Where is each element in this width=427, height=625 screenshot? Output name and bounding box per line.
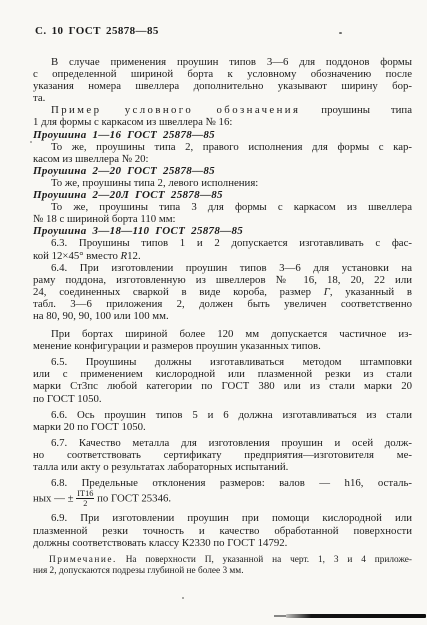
text-line: менение конфигурации и размеров проушин … bbox=[33, 340, 412, 352]
text-line: № 18 с шириной борта 110 мм: bbox=[33, 213, 412, 225]
text-line: Проушина 2—20 ГОСТ 25878—85 bbox=[33, 165, 412, 177]
paragraph: То же, проушины типа 2, левого исполнени… bbox=[33, 177, 412, 189]
scan-speck bbox=[30, 141, 32, 143]
text-line: То же, проушины типа 2, правого исполнен… bbox=[33, 141, 412, 153]
text-line: 1 для формы с каркасом из швеллера № 16: bbox=[33, 116, 412, 128]
text-line: 6.9. При изготовлении проушин при помощи… bbox=[33, 512, 412, 524]
text-line: касом из швеллера № 20: bbox=[33, 153, 412, 165]
text-line: по ГОСТ 1050. bbox=[33, 393, 412, 405]
text-line: 6.3. Проушины типов 1 и 2 допускается из… bbox=[33, 237, 412, 249]
content: В случае применения проушин типов 3—6 дл… bbox=[33, 56, 412, 577]
text-line: марки Ст3пс любой категории по ГОСТ 380 … bbox=[33, 380, 412, 392]
text-line: ния 2, допускаются подрезы глубиной не б… bbox=[33, 566, 412, 577]
designation-line: Проушина 2—20 ГОСТ 25878—85 bbox=[33, 165, 412, 177]
paragraph: 6.8. Предельные отклонения размеров: вал… bbox=[33, 477, 412, 508]
paragraph: То же, проушины типа 2, правого исполнен… bbox=[33, 141, 412, 165]
text-line: но соответствовать сертификату предприят… bbox=[33, 449, 412, 461]
scan-artifact-bar bbox=[286, 614, 426, 618]
text-line: В случае применения проушин типов 3—6 дл… bbox=[33, 56, 412, 68]
text-line: марки 20 по ГОСТ 1050. bbox=[33, 421, 412, 433]
text-line: 6.6. Ось проушин типов 5 и 6 должна изго… bbox=[33, 409, 412, 421]
page-header: С. 10 ГОСТ 25878—85 bbox=[35, 25, 159, 37]
paragraph: При бортах шириной более 120 мм допускае… bbox=[33, 328, 412, 352]
text-line: или с применением кислородной или плазме… bbox=[33, 368, 412, 380]
text-line: 6.8. Предельные отклонения размеров: вал… bbox=[33, 477, 412, 489]
scanned-document-page: С. 10 ГОСТ 25878—85 В случае применения … bbox=[0, 0, 427, 625]
text-line: раму поддона, изготовленную из швеллеров… bbox=[33, 274, 412, 286]
designation-line: Проушина 3—18—110 ГОСТ 25878—85 bbox=[33, 225, 412, 237]
text-line: То же, проушины типа 2, левого исполнени… bbox=[33, 177, 412, 189]
text-line: табл. 3—6 приложения 2, должен быть увел… bbox=[33, 298, 412, 310]
paragraph: 6.6. Ось проушин типов 5 и 6 должна изго… bbox=[33, 409, 412, 433]
text-line: Проушина 3—18—110 ГОСТ 25878—85 bbox=[33, 225, 412, 237]
designation-line: Проушина 2—20Л ГОСТ 25878—85 bbox=[33, 189, 412, 201]
text-line: должны соответствовать классу К2330 по Г… bbox=[33, 537, 412, 549]
note-paragraph: Примечание. На поверхности П, указанной … bbox=[33, 555, 412, 578]
scan-speck bbox=[182, 597, 184, 599]
text-line: 6.7. Качество металла для изготовления п… bbox=[33, 437, 412, 449]
text-line: 6.4. При изготовлении проушин типов 3—6 … bbox=[33, 262, 412, 274]
paragraph: 6.9. При изготовлении проушин при помощи… bbox=[33, 512, 412, 548]
text-line: При бортах шириной более 120 мм допускае… bbox=[33, 328, 412, 340]
paragraph: Пример условного обозначения проушины ти… bbox=[33, 104, 412, 128]
text-line: 24, соединенных сваркой в виде короба, р… bbox=[33, 286, 412, 298]
paragraph: 6.3. Проушины типов 1 и 2 допускается из… bbox=[33, 237, 412, 261]
scan-speck bbox=[339, 32, 342, 34]
text-line: Пример условного обозначения проушины ти… bbox=[33, 104, 412, 116]
designation-line: Проушина 1—16 ГОСТ 25878—85 bbox=[33, 129, 412, 141]
text-line: Проушина 2—20Л ГОСТ 25878—85 bbox=[33, 189, 412, 201]
text-line: кой 12×45° вместо R12. bbox=[33, 250, 412, 262]
text-line: ных — ± IT162 по ГОСТ 25346. bbox=[33, 489, 412, 508]
text-line: с определенной шириной борта к условному… bbox=[33, 68, 412, 80]
text-line: Примечание. На поверхности П, указанной … bbox=[33, 555, 412, 566]
text-line: Проушина 1—16 ГОСТ 25878—85 bbox=[33, 129, 412, 141]
paragraph: В случае применения проушин типов 3—6 дл… bbox=[33, 56, 412, 104]
text-line: плазменной резки точность и качество обр… bbox=[33, 525, 412, 537]
paragraph: То же, проушины типа 3 для формы с карка… bbox=[33, 201, 412, 225]
paragraph: 6.5. Проушины должны изготавливаться мет… bbox=[33, 356, 412, 404]
text-line: 6.5. Проушины должны изготавливаться мет… bbox=[33, 356, 412, 368]
text-line: То же, проушины типа 3 для формы с карка… bbox=[33, 201, 412, 213]
text-line: на 80, 90, 90, 100 или 100 мм. bbox=[33, 310, 412, 322]
text-line: та. bbox=[33, 92, 412, 104]
paragraph: 6.7. Качество металла для изготовления п… bbox=[33, 437, 412, 473]
text-line: указания номера швеллера дополнительно у… bbox=[33, 80, 412, 92]
text-line: талла или акту о результатах лабораторны… bbox=[33, 461, 412, 473]
paragraph: 6.4. При изготовлении проушин типов 3—6 … bbox=[33, 262, 412, 322]
